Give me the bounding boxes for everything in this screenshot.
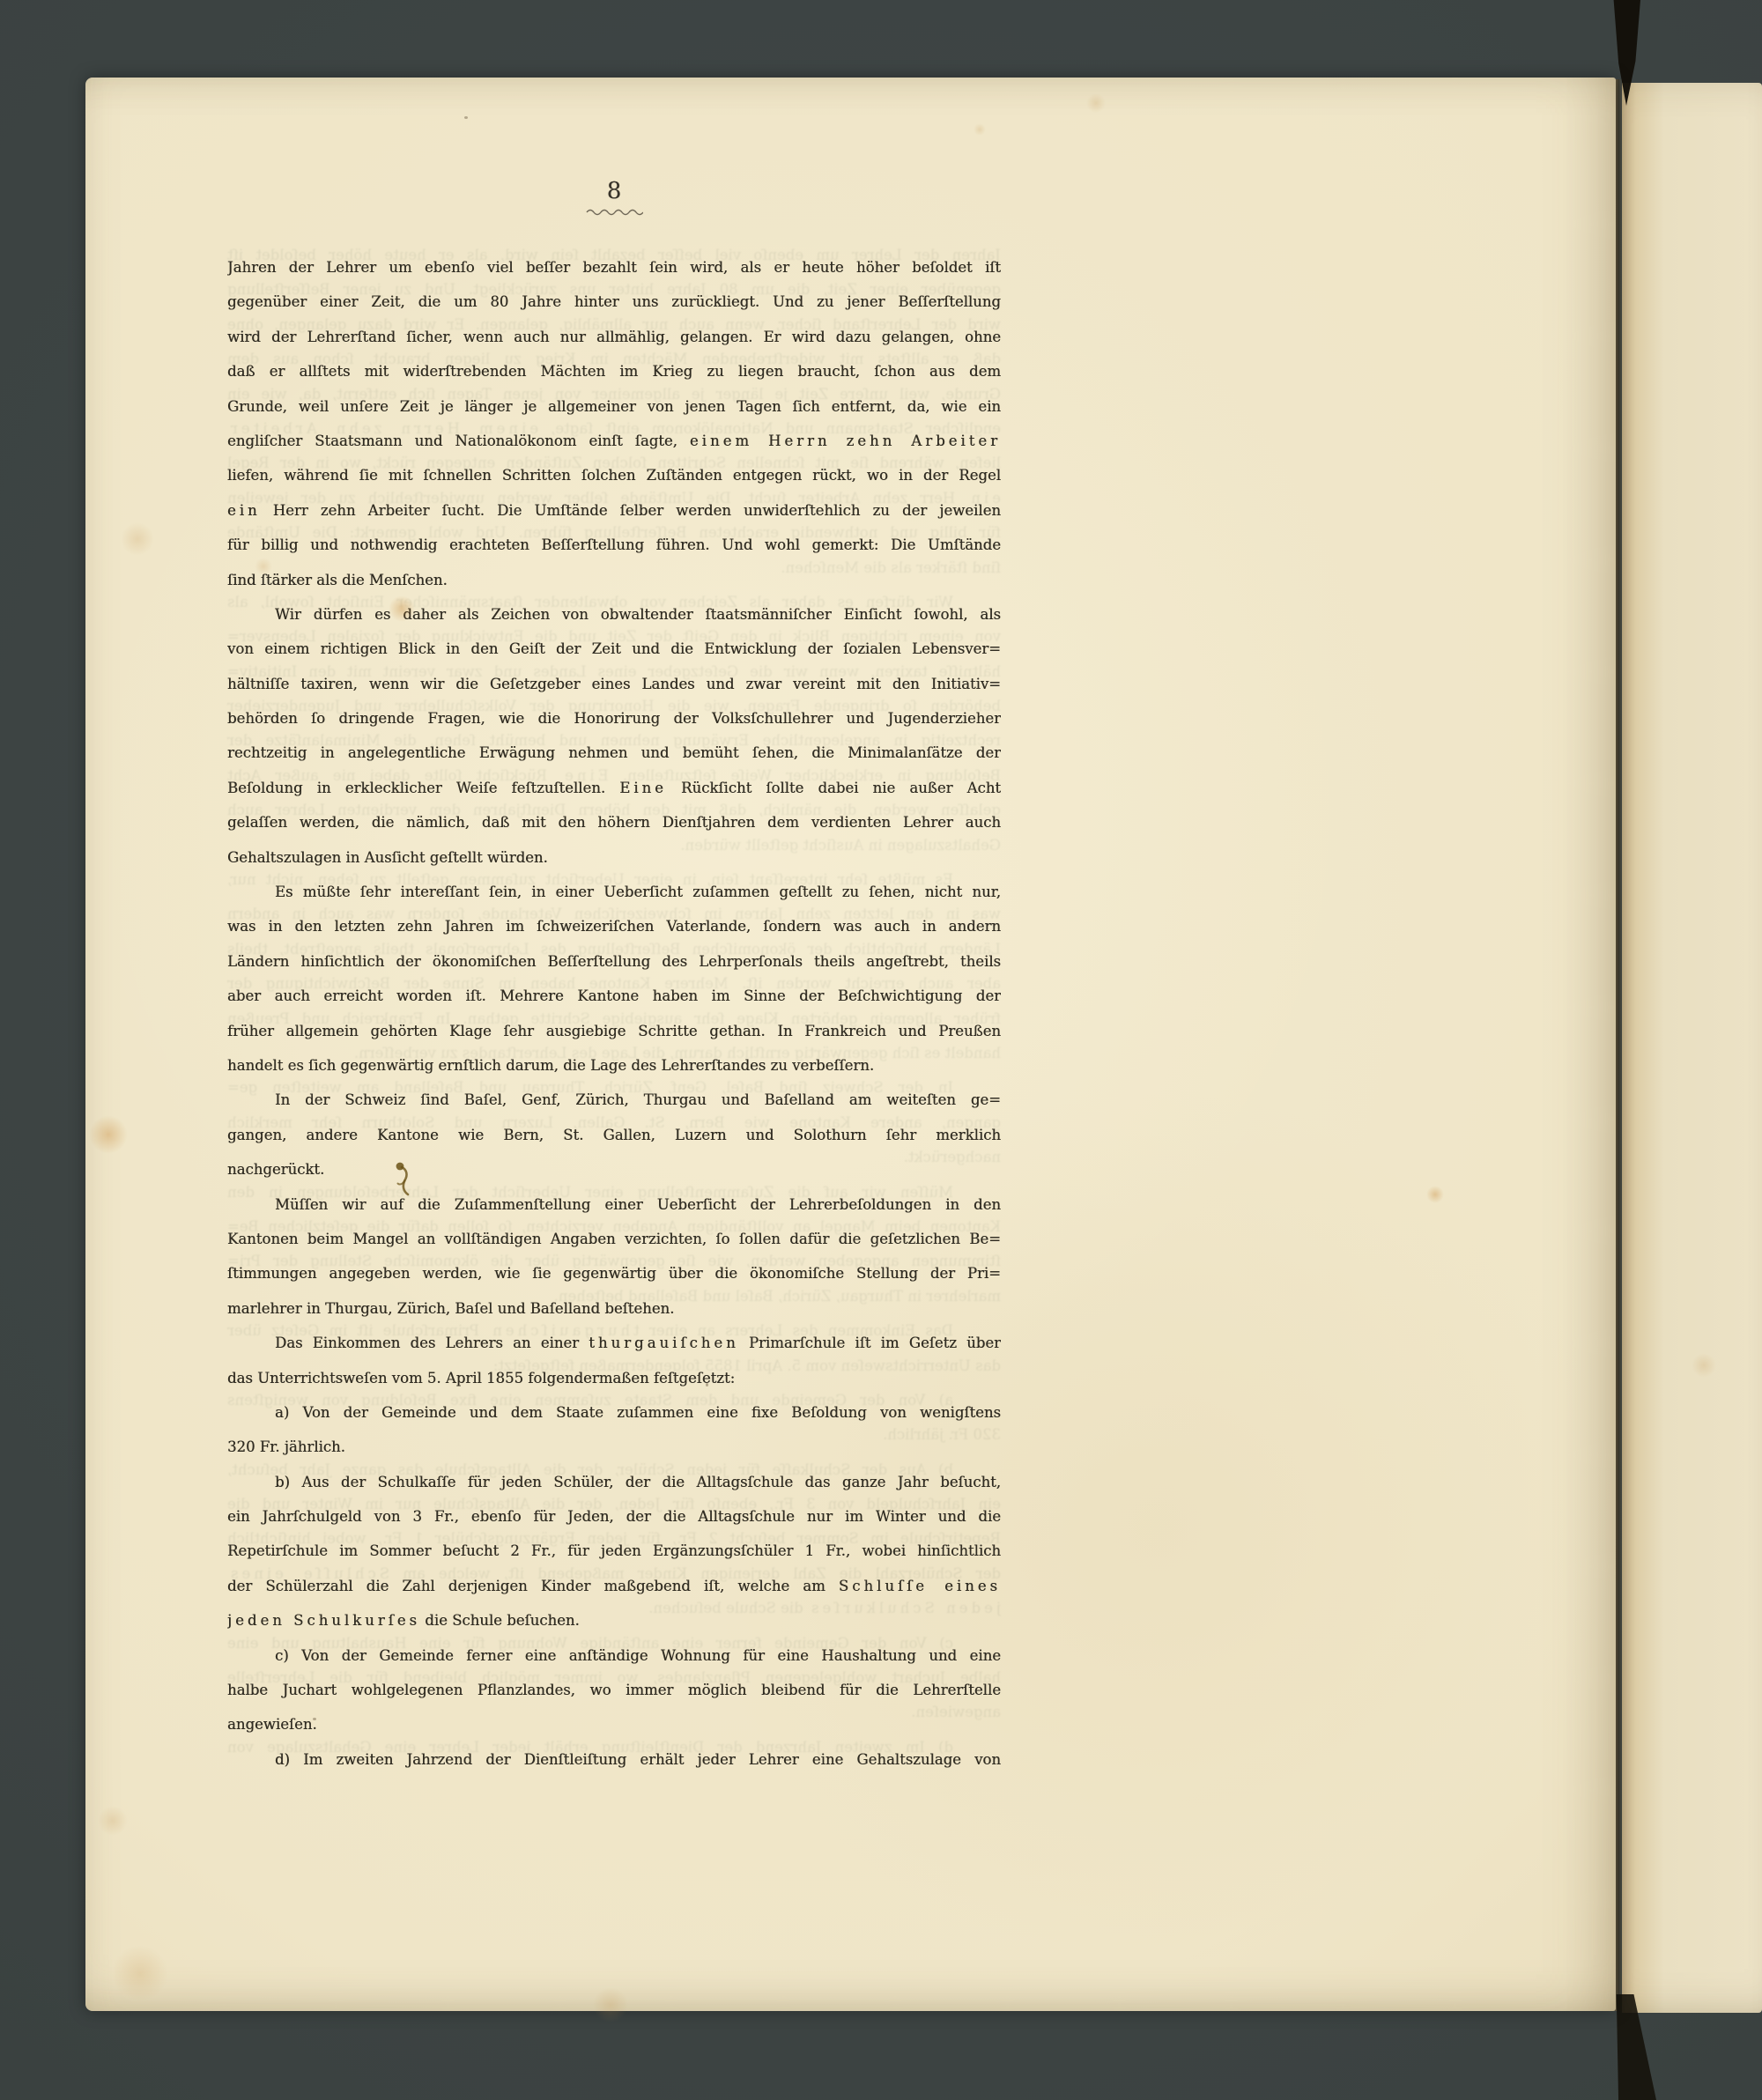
text-line: wird der Lehrerſtand ſicher, wenn auch n… <box>227 320 1001 354</box>
text-line: daß er allſtets mit widerſtrebenden Mäch… <box>227 354 1001 388</box>
foxing-spot <box>121 522 154 556</box>
page-number-underline <box>585 208 643 217</box>
text-line: Gehaltszulagen in Ausſicht geſtellt würd… <box>227 840 1001 875</box>
text-line: 320 Fr. jährlich. <box>227 1430 1001 1464</box>
text-line: von einem richtigen Blick in den Geiſt d… <box>227 632 1001 666</box>
next-page-edge <box>1622 83 1762 2013</box>
text-line: rechtzeitig in angelegentliche Erwägung … <box>227 736 1001 770</box>
page-header: 8 <box>227 180 1001 217</box>
page-number: 8 <box>227 180 1001 203</box>
page-text: Jahren der Lehrer um ebenſo viel beſſer … <box>227 250 1001 1777</box>
text-line: Es müßte ſehr intereſſant ſein, in einer… <box>227 875 1001 909</box>
text-line: gelaſſen werden, die nämlich, daß mit de… <box>227 805 1001 839</box>
text-line: früher allgemein gehörten Klage ſehr aus… <box>227 1014 1001 1048</box>
text-line: liefen, während ſie mit ſchnellen Schrit… <box>227 458 1001 492</box>
text-line: marlehrer in Thurgau, Zürich, Baſel und … <box>227 1291 1001 1326</box>
text-line: Müſſen wir auf die Zuſammenſtellung eine… <box>227 1187 1001 1222</box>
photo-backdrop: 8 Jahren der Lehrer um ebenſo viel beſſe… <box>0 0 1762 2100</box>
text-line: Ländern hinſichtlich der ökonomiſchen Be… <box>227 944 1001 979</box>
text-line: In der Schweiz ſind Baſel, Genf, Zürich,… <box>227 1083 1001 1117</box>
text-line: c) Von der Gemeinde ferner eine anſtändi… <box>227 1638 1001 1673</box>
text-line: ein Jahrſchulgeld von 3 Fr., ebenſo für … <box>227 1499 1001 1534</box>
text-line: b) Aus der Schulkaſſe für jeden Schüler,… <box>227 1465 1001 1499</box>
text-line: gangen, andere Kantone wie Bern, St. Gal… <box>227 1118 1001 1152</box>
ink-speck <box>464 116 468 119</box>
foxing-spot <box>98 1806 128 1836</box>
foxing-spot <box>89 1115 128 1154</box>
text-line: Das Einkommen des Lehrers an einer thurg… <box>227 1326 1001 1360</box>
foxing-spot <box>593 1987 628 2022</box>
text-line: behörden ſo dringende Fragen, wie die Ho… <box>227 701 1001 736</box>
text-line: was in den letzten zehn Jahren im ſchwei… <box>227 909 1001 943</box>
text-line: ſind ſtärker als die Menſchen. <box>227 563 1001 597</box>
text-line: Beſoldung in erklecklicher Weiſe feſtzuſ… <box>227 771 1001 805</box>
text-line: a) Von der Gemeinde und dem Staate zuſam… <box>227 1395 1001 1430</box>
text-line: angewieſen. <box>227 1707 1001 1741</box>
foxing-spot <box>1086 93 1106 113</box>
ink-blot <box>394 1161 417 1200</box>
text-line: jeden Schulkurſes die Schule beſuchen. <box>227 1603 1001 1638</box>
text-line: aber auch erreicht worden iſt. Mehrere K… <box>227 979 1001 1013</box>
text-line: halbe Juchart wohlgelegenen Pflanzlandes… <box>227 1673 1001 1707</box>
text-line: für billig und nothwendig erachteten Beſ… <box>227 528 1001 562</box>
text-line: engliſcher Staatsmann und Nationalökonom… <box>227 424 1001 458</box>
foxing-spot <box>1426 1186 1444 1203</box>
foxing-spot <box>112 1945 168 2001</box>
text-line: Kantonen beim Mangel an vollſtändigen An… <box>227 1222 1001 1256</box>
text-line: Repetirſchule im Sommer beſucht 2 Fr., f… <box>227 1534 1001 1568</box>
text-line: hältniſſe taxiren, wenn wir die Geſetzge… <box>227 667 1001 701</box>
text-line: Wir dürfen es daher als Zeichen von obwa… <box>227 597 1001 632</box>
foxing-spot <box>974 123 986 136</box>
text-line: nachgerückt. <box>227 1152 1001 1187</box>
book-page: 8 Jahren der Lehrer um ebenſo viel beſſe… <box>85 78 1616 2011</box>
text-line: d) Im zweiten Jahrzend der Dienſtleiſtun… <box>227 1742 1001 1777</box>
text-line: der Schülerzahl die Zahl derjenigen Kind… <box>227 1569 1001 1603</box>
text-line: Grunde, weil unſere Zeit je länger je al… <box>227 389 1001 424</box>
text-line: ein Herr zehn Arbeiter ſucht. Die Umſtän… <box>227 493 1001 528</box>
text-line: handelt es ſich gegenwärtig ernſtlich da… <box>227 1048 1001 1083</box>
text-line: ſtimmungen angegeben werden, wie ſie geg… <box>227 1256 1001 1290</box>
text-line: Jahren der Lehrer um ebenſo viel beſſer … <box>227 250 1001 285</box>
text-line: gegenüber einer Zeit, die um 80 Jahre hi… <box>227 285 1001 319</box>
text-line: das Unterrichtsweſen vom 5. April 1855 f… <box>227 1361 1001 1395</box>
